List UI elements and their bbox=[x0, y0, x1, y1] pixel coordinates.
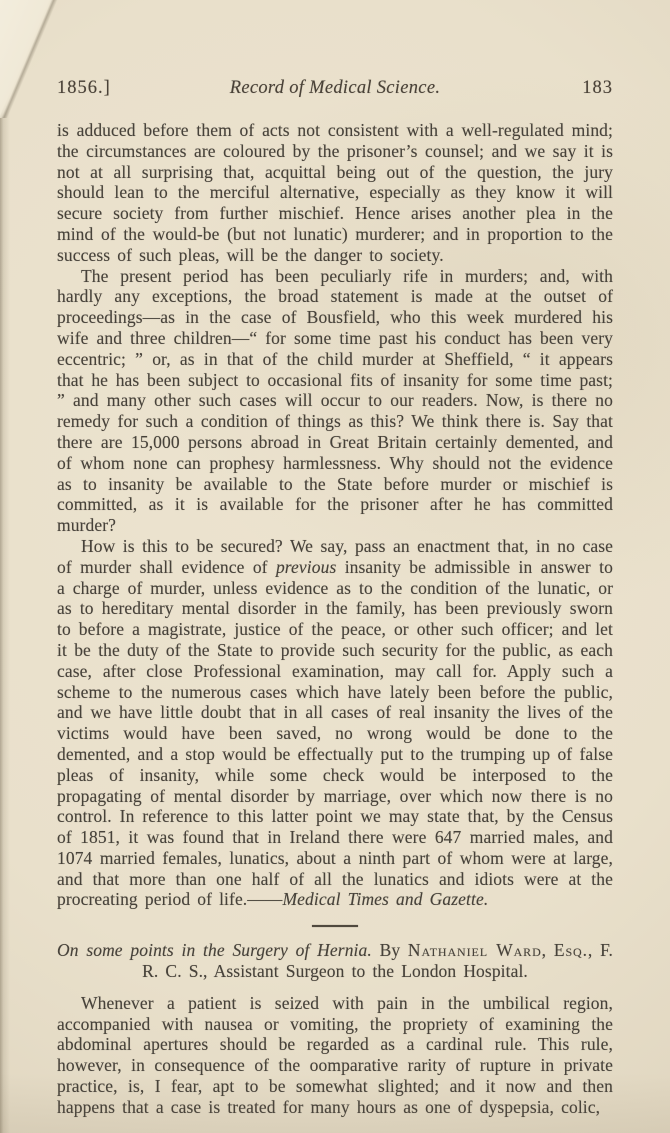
paragraph: The present period has been peculiarly r… bbox=[57, 266, 613, 536]
article-insanity-body: is adduced before them of acts not consi… bbox=[57, 120, 613, 910]
article-hernia-body: On some points in the Surgery of Hernia.… bbox=[57, 940, 613, 1117]
journal-title: Record of Medical Science. bbox=[152, 78, 518, 99]
text-run: Whenever a patient is seized with pain i… bbox=[57, 993, 613, 1117]
text-run: On some points in the Surgery of Hernia. bbox=[57, 940, 372, 960]
text-run: Nathaniel Ward bbox=[408, 940, 542, 960]
text-run: By bbox=[372, 940, 408, 960]
text-run: Medical Times and Gazette. bbox=[283, 889, 489, 909]
text-run: previous bbox=[276, 557, 336, 577]
paragraph-continuation: is adduced before them of acts not consi… bbox=[57, 120, 613, 266]
text-run: The present period has been peculiarly r… bbox=[57, 266, 613, 536]
year-label: 1856.] bbox=[57, 78, 152, 99]
page-content: 1856.] Record of Medical Science. 183 is… bbox=[57, 78, 613, 1118]
page-number: 183 bbox=[518, 78, 613, 99]
text-run: Esq. bbox=[554, 940, 588, 960]
article-heading: On some points in the Surgery of Hernia.… bbox=[57, 940, 613, 982]
text-run: is adduced before them of acts not consi… bbox=[57, 120, 613, 265]
paragraph: How is this to be secured? We say, pass … bbox=[57, 536, 613, 910]
scanned-page: 1856.] Record of Medical Science. 183 is… bbox=[0, 0, 670, 1133]
text-run: insanity be admissible in answer to a ch… bbox=[57, 557, 613, 910]
running-header: 1856.] Record of Medical Science. 183 bbox=[57, 78, 613, 99]
section-divider-rule bbox=[312, 925, 358, 927]
paragraph: Whenever a patient is seized with pain i… bbox=[57, 993, 613, 1118]
text-run: , bbox=[542, 940, 554, 960]
